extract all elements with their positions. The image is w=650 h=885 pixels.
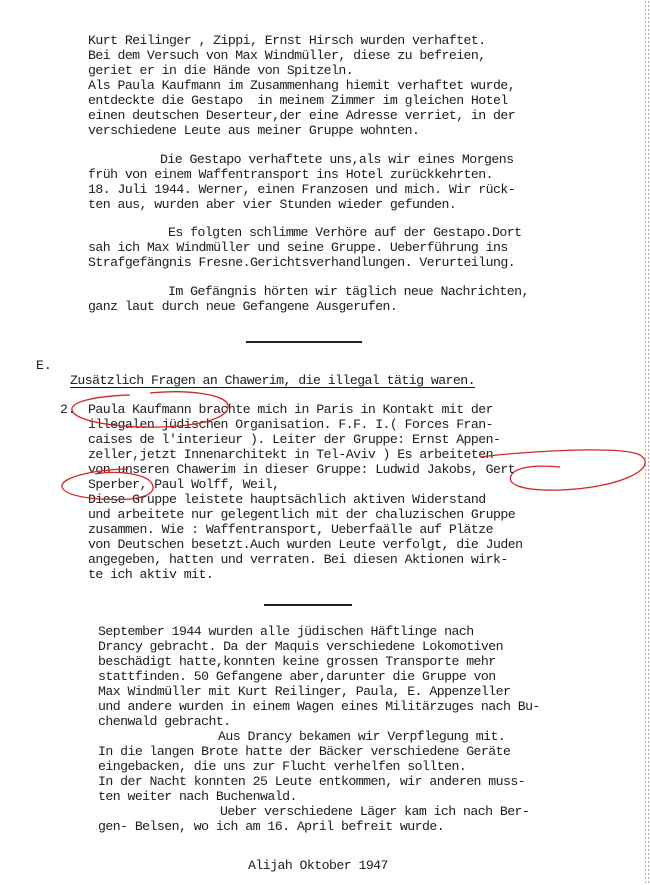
text-line: Drancy gebracht. Da der Maquis verschied… <box>98 639 503 654</box>
text-line: beschädigt hatte,konnten keine grossen T… <box>98 654 496 669</box>
section-divider <box>264 604 352 606</box>
text-line: von unseren Chawerim in dieser Gruppe: L… <box>88 462 515 477</box>
text-line: Strafgefängnis Fresne.Gerichtsverhandlun… <box>88 255 515 270</box>
text-line: Max Windmüller mit Kurt Reilinger, Paula… <box>98 684 510 699</box>
text-line: Als Paula Kaufmann im Zusammenhang hiemi… <box>88 78 515 93</box>
text-line: caises de l'interieur ). Leiter der Grup… <box>88 432 500 447</box>
document-page: Kurt Reilinger , Zippi, Ernst Hirsch wur… <box>0 0 650 885</box>
text-line: von Deutschen besetzt.Auch wurden Leute … <box>88 537 522 552</box>
text-line: Kurt Reilinger , Zippi, Ernst Hirsch wur… <box>88 33 486 48</box>
item-number: 2. <box>60 402 76 417</box>
text-line: gen- Belsen, wo ich am 16. April befreit… <box>98 819 444 834</box>
text-line: stattfinden. 50 Gefangene aber,darunter … <box>98 669 496 684</box>
text-line: zeller,jetzt Innenarchitekt in Tel-Aviv … <box>88 447 493 462</box>
text-line: illegalen jüdischen Organisation. F.F. I… <box>88 417 493 432</box>
text-line: und arbeitete nur gelegentlich mit der c… <box>88 507 515 522</box>
text-line: und andere wurden in einem Wagen eines M… <box>98 699 540 714</box>
text-line: Aus Drancy bekamen wir Verpflegung mit. <box>218 729 505 744</box>
text-line: verschiedene Leute aus meiner Gruppe woh… <box>88 123 419 138</box>
text-line: chenwald gebracht. <box>98 714 231 729</box>
section-heading: Zusätzlich Fragen an Chawerim, die illeg… <box>70 373 475 388</box>
section-divider <box>246 341 362 343</box>
text-line: Es folgten schlimme Verhöre auf der Gest… <box>168 225 521 240</box>
text-line: ten weiter nach Buchenwald. <box>98 789 297 804</box>
text-line: geriet er in die Hände von Spitzeln. <box>88 63 353 78</box>
text-line: Paula Kaufmann brachte mich in Paris in … <box>88 402 493 417</box>
text-line: Im Gefängnis hörten wir täglich neue Nac… <box>168 284 529 299</box>
text-line: September 1944 wurden alle jüdischen Häf… <box>98 624 474 639</box>
text-line: sah ich Max Windmüller und seine Gruppe.… <box>88 240 508 255</box>
text-line: In der Nacht konnten 25 Leute entkommen,… <box>98 774 525 789</box>
text-line: Diese Gruppe leistete hauptsächlich akti… <box>88 492 486 507</box>
text-line: Sperber, Paul Wolff, Weil, <box>88 477 279 492</box>
text-line: früh von einem Waffentransport ins Hotel… <box>88 167 493 182</box>
section-letter: E. <box>36 358 52 373</box>
text-line: 18. Juli 1944. Werner, einen Franzosen u… <box>88 182 515 197</box>
text-line: te ich aktiv mit. <box>88 567 213 582</box>
text-line: Die Gestapo verhaftete uns,als wir eines… <box>160 152 513 167</box>
text-line: zusammen. Wie : Waffentransport, Ueberfa… <box>88 522 493 537</box>
text-line: einen deutschen Deserteur,der eine Adres… <box>88 108 515 123</box>
text-line: Ueber verschiedene Läger kam ich nach Be… <box>220 804 529 819</box>
text-line: Bei dem Versuch von Max Windmüller, dies… <box>88 48 486 63</box>
text-line: eingebacken, die uns zur Flucht verhelfe… <box>98 759 466 774</box>
text-line: In die langen Brote hatte der Bäcker ver… <box>98 744 510 759</box>
scan-edge <box>644 0 650 885</box>
text-line: ten aus, wurden aber vier Stunden wieder… <box>88 197 456 212</box>
text-line: ganz laut durch neue Gefangene Ausgerufe… <box>88 299 397 314</box>
text-line: entdeckte die Gestapo in meinem Zimmer i… <box>88 93 508 108</box>
signature-date: Alijah Oktober 1947 <box>248 858 388 873</box>
text-line: angegeben, hatten und verraten. Bei dies… <box>88 552 508 567</box>
